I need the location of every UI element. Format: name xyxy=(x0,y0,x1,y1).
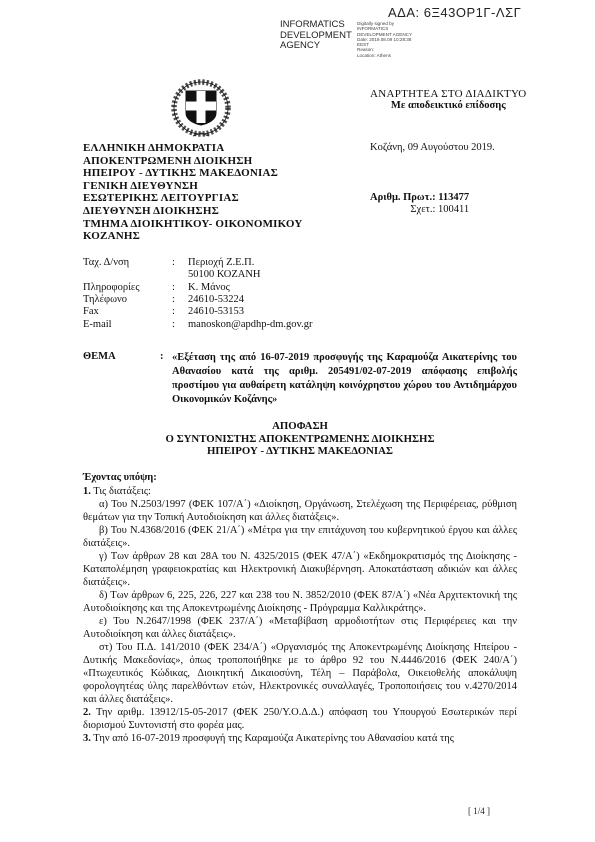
org-line: ΚΟΖΑΝΗΣ xyxy=(83,230,370,243)
contact-row: Ταχ. Δ/νση : Περιοχή Ζ.Ε.Π. xyxy=(83,257,517,269)
paragraph-text: ε) Του Ν.2647/1998 (ΦΕΚ 237/Α΄) «Μεταβίβ… xyxy=(83,616,517,640)
delivery-note: Με αποδεικτικό επίδοσης xyxy=(370,100,527,111)
issuing-authority-block: ΕΛΛΗΝΙΚΗ ΔΗΜΟΚΡΑΤΙΑ ΑΠΟΚΕΝΤΡΩΜΕΝΗ ΔΙΟΙΚΗ… xyxy=(83,142,370,243)
colon-separator: : xyxy=(172,294,188,306)
paragraph-text: γ) Των άρθρων 28 και 28Α του Ν. 4325/201… xyxy=(83,551,517,588)
body-paragraph: α) Του Ν.2503/1997 (ΦΕΚ 107/Α΄) «Διοίκησ… xyxy=(83,498,517,524)
org-line: ΤΜΗΜΑ ΔΙΟΙΚΗΤΙΚΟΥ- ΟΙΚΟΝΟΜΙΚΟΥ xyxy=(83,218,370,231)
paragraph-text: Την αριθμ. 13912/15-05-2017 (ΦΕΚ 250/Υ.Ο… xyxy=(83,707,517,731)
paragraph-text: Την από 16-07-2019 προσφυγή της Καραμούζ… xyxy=(91,733,454,744)
contact-value: Περιοχή Ζ.Ε.Π. xyxy=(188,257,517,269)
paragraph-text: στ) Του Π.Δ. 141/2010 (ΦΕΚ 234/Α΄) «Οργα… xyxy=(83,642,517,705)
colon-separator: : xyxy=(172,306,188,318)
place-date: Κοζάνη, 09 Αυγούστου 2019. xyxy=(370,142,527,155)
contact-value: 24610-53224 xyxy=(188,294,517,306)
decision-heading: ΑΠΟΦΑΣΗ Ο ΣΥΝΤΟΝΙΣΤΗΣ ΑΠΟΚΕΝΤΡΩΜΕΝΗΣ ΔΙΟ… xyxy=(83,420,517,458)
org-line: ΗΠΕΙΡΟΥ - ΔΥΤΙΚΗΣ ΜΑΚΕΔΟΝΙΑΣ xyxy=(83,167,370,180)
decision-line: Ο ΣΥΝΤΟΝΙΣΤΗΣ ΑΠΟΚΕΝΤΡΩΜΕΝΗΣ ΔΙΟΙΚΗΣΗΣ xyxy=(83,433,517,446)
contact-row: Πληροφορίες : Κ. Μάνος xyxy=(83,282,517,294)
signature-detail-line: Location: Athens xyxy=(357,53,412,58)
contact-label: Τηλέφωνο xyxy=(83,294,172,306)
colon-separator: : xyxy=(172,257,188,269)
decision-line: ΑΠΟΦΑΣΗ xyxy=(83,420,517,433)
org-line: ΑΠΟΚΕΝΤΡΩΜΕΝΗ ΔΙΟΙΚΗΣΗ xyxy=(83,155,370,168)
colon-separator: : xyxy=(160,351,172,407)
protocol-number: Αριθμ. Πρωτ.: 113477 xyxy=(370,192,469,205)
page-indicator: [ 1/4 ] xyxy=(468,806,490,816)
contact-label: E-mail xyxy=(83,319,172,331)
paragraph-number: 2. xyxy=(83,707,91,718)
decision-line: ΗΠΕΙΡΟΥ - ΔΥΤΙΚΗΣ ΜΑΚΕΔΟΝΙΑΣ xyxy=(83,445,517,458)
contact-row: Fax : 24610-53153 xyxy=(83,306,517,318)
subject-label: ΘΕΜΑ xyxy=(83,351,160,407)
body-paragraph: γ) Των άρθρων 28 και 28Α του Ν. 4325/201… xyxy=(83,550,517,589)
body-text: 1. Τις διατάξεις: α) Του Ν.2503/1997 (ΦΕ… xyxy=(83,485,517,745)
document-page: ΑΔΑ: 6Ξ43ΟΡ1Γ-ΛΣΓ INFORMATICS DEVELOPMEN… xyxy=(0,0,595,842)
body-paragraph: 1. Τις διατάξεις: xyxy=(83,485,517,498)
contact-row: 50100 ΚΟΖΑΝΗ xyxy=(83,269,517,281)
spacer xyxy=(172,269,188,281)
paragraph-text: Τις διατάξεις: xyxy=(91,486,151,497)
contact-row: E-mail : manoskon@apdhp-dm.gov.gr xyxy=(83,319,517,331)
org-line: ΕΛΛΗΝΙΚΗ ΔΗΜΟΚΡΑΤΙΑ xyxy=(83,142,370,155)
paragraph-text: δ) Των άρθρων 6, 225, 226, 227 και 238 τ… xyxy=(83,590,517,614)
contact-value: Κ. Μάνος xyxy=(188,282,517,294)
contact-label: Fax xyxy=(83,306,172,318)
greek-coat-of-arms-icon xyxy=(163,78,239,140)
digital-signature-stamp: INFORMATICS DEVELOPMENT AGENCY Digitally… xyxy=(280,20,412,58)
signature-details: Digitally signed by INFORMATICS DEVELOPM… xyxy=(357,20,412,58)
org-line: ΔΙΕΥΘΥΝΣΗ ΔΙΟΙΚΗΣΗΣ xyxy=(83,205,370,218)
subject-text: «Εξέταση της από 16-07-2019 προσφυγής τη… xyxy=(172,351,517,407)
paragraph-text: α) Του Ν.2503/1997 (ΦΕΚ 107/Α΄) «Διοίκησ… xyxy=(83,499,517,523)
meta-block: Κοζάνη, 09 Αυγούστου 2019. Αριθμ. Πρωτ.:… xyxy=(370,142,527,243)
contact-email: manoskon@apdhp-dm.gov.gr xyxy=(188,319,517,331)
body-paragraph: ε) Του Ν.2647/1998 (ΦΕΚ 237/Α΄) «Μεταβίβ… xyxy=(83,615,517,641)
ada-code: ΑΔΑ: 6Ξ43ΟΡ1Γ-ΛΣΓ xyxy=(388,5,521,20)
contact-label: Ταχ. Δ/νση xyxy=(83,257,172,269)
contact-row: Τηλέφωνο : 24610-53224 xyxy=(83,294,517,306)
letterhead: ΑΝΑΡΤΗΤΕΑ ΣΤΟ ΔΙΑΔΙΚΤΥΟ Με αποδεικτικό ε… xyxy=(83,78,517,243)
body-paragraph: β) Του Ν.4368/2016 (ΦΕΚ 21/Α΄) «Μέτρα γι… xyxy=(83,524,517,550)
body-paragraph: 3. Την από 16-07-2019 προσφυγή της Καραμ… xyxy=(83,732,517,745)
contact-value: 24610-53153 xyxy=(188,306,517,318)
anartitea-block: ΑΝΑΡΤΗΤΕΑ ΣΤΟ ΔΙΑΔΙΚΤΥΟ Με αποδεικτικό ε… xyxy=(370,78,527,142)
contact-block: Ταχ. Δ/νση : Περιοχή Ζ.Ε.Π. 50100 ΚΟΖΑΝΗ… xyxy=(83,257,517,331)
body-paragraph: δ) Των άρθρων 6, 225, 226, 227 και 238 τ… xyxy=(83,589,517,615)
paragraph-number: 1. xyxy=(83,486,91,497)
colon-separator: : xyxy=(172,319,188,331)
having-regard-label: Έχοντας υπόψη: xyxy=(83,471,517,484)
signature-agency-name: INFORMATICS DEVELOPMENT AGENCY xyxy=(280,20,354,58)
paragraph-number: 3. xyxy=(83,733,91,744)
contact-label: Πληροφορίες xyxy=(83,282,172,294)
spacer xyxy=(83,269,172,281)
org-line: ΕΣΩΤΕΡΙΚΗΣ ΛΕΙΤΟΥΡΓΙΑΣ xyxy=(83,192,370,205)
emblem-wrap xyxy=(83,78,370,142)
org-line: ΓΕΝΙΚΗ ΔΙΕΥΘΥΝΣΗ xyxy=(83,180,370,193)
protocol-box: Αριθμ. Πρωτ.: 113477 Σχετ.: 100411 xyxy=(370,192,469,217)
paragraph-text: β) Του Ν.4368/2016 (ΦΕΚ 21/Α΄) «Μέτρα γι… xyxy=(83,525,517,549)
related-number: Σχετ.: 100411 xyxy=(370,204,469,217)
colon-separator: : xyxy=(172,282,188,294)
body-paragraph: στ) Του Π.Δ. 141/2010 (ΦΕΚ 234/Α΄) «Οργα… xyxy=(83,641,517,706)
body-paragraph: 2. Την αριθμ. 13912/15-05-2017 (ΦΕΚ 250/… xyxy=(83,706,517,732)
subject-block: ΘΕΜΑ : «Εξέταση της από 16-07-2019 προσφ… xyxy=(83,351,517,407)
contact-value: 50100 ΚΟΖΑΝΗ xyxy=(188,269,517,281)
anartitea-label: ΑΝΑΡΤΗΤΕΑ ΣΤΟ ΔΙΑΔΙΚΤΥΟ xyxy=(370,88,527,100)
